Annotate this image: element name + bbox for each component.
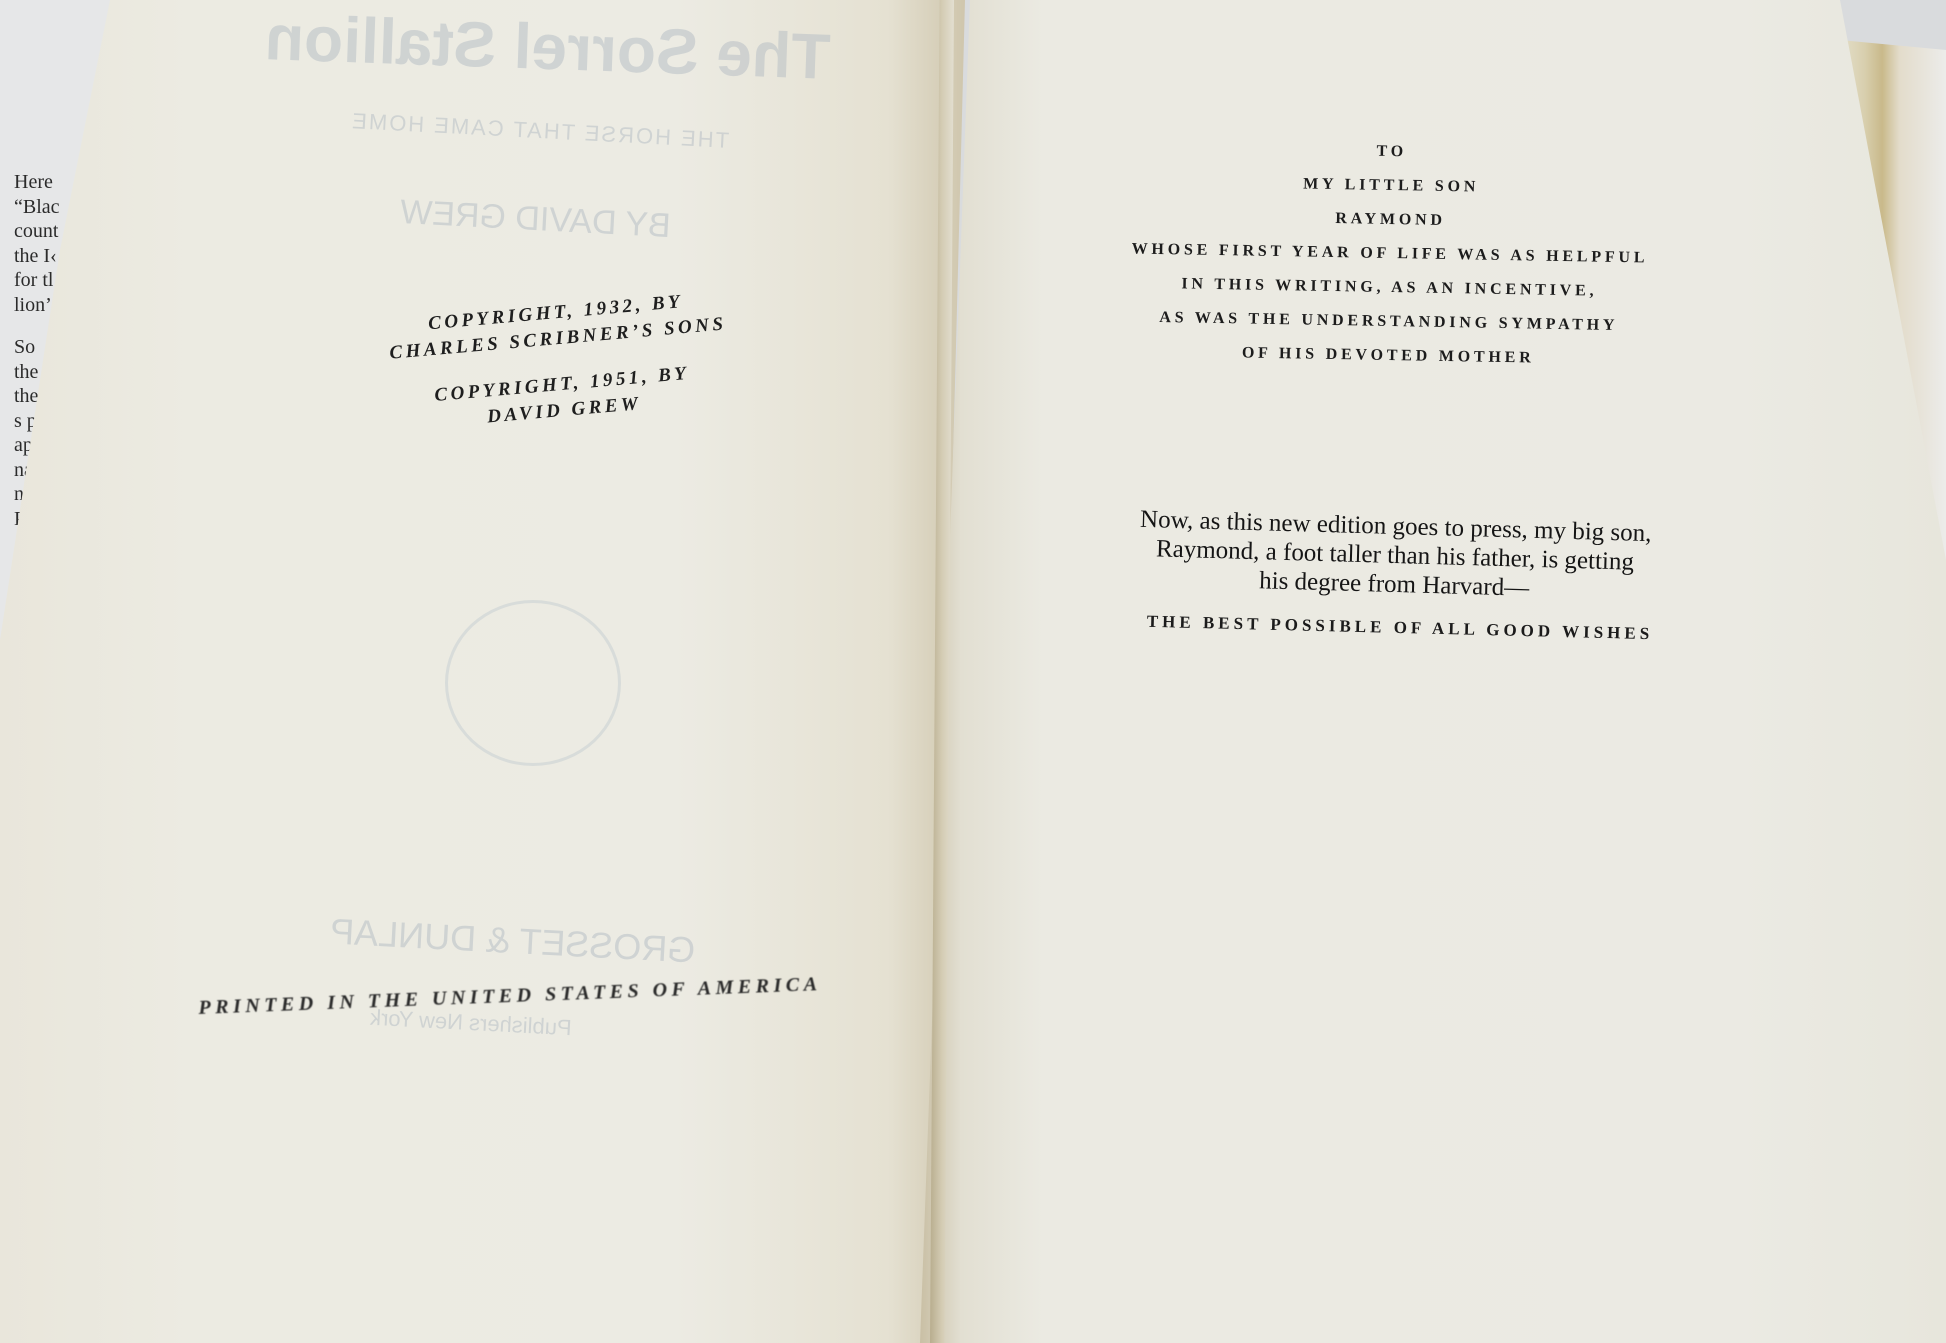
dedication: TO MY LITTLE SON RAYMOND WHOSE FIRST YEA… xyxy=(1038,129,1742,379)
ghost-row xyxy=(1045,414,1805,446)
ghost-row xyxy=(1045,382,1805,414)
book-photo: Here “Blac count the I‹ for tl lion’: So… xyxy=(0,0,1946,1343)
new-edition-note: Now, as this new edition goes to press, … xyxy=(1074,503,1716,608)
publisher-seal-icon xyxy=(445,600,621,766)
